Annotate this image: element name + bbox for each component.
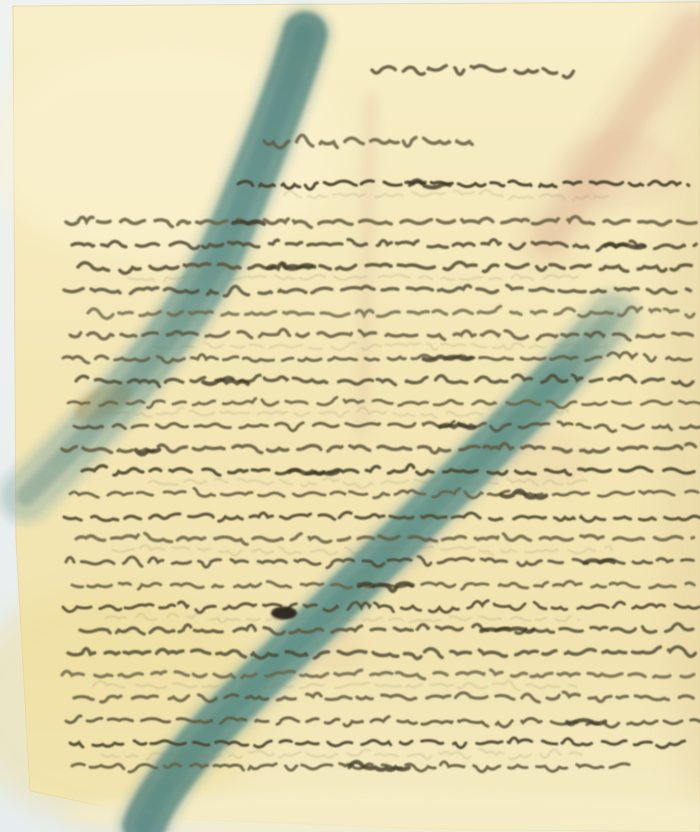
handwriting-bold-word (584, 560, 613, 563)
handwriting-bold-word (233, 222, 264, 224)
letter-scan-svg (0, 0, 700, 832)
handwriting-bold-word (481, 628, 533, 631)
ink-blot (271, 607, 297, 620)
letter-scan-image (0, 0, 700, 832)
